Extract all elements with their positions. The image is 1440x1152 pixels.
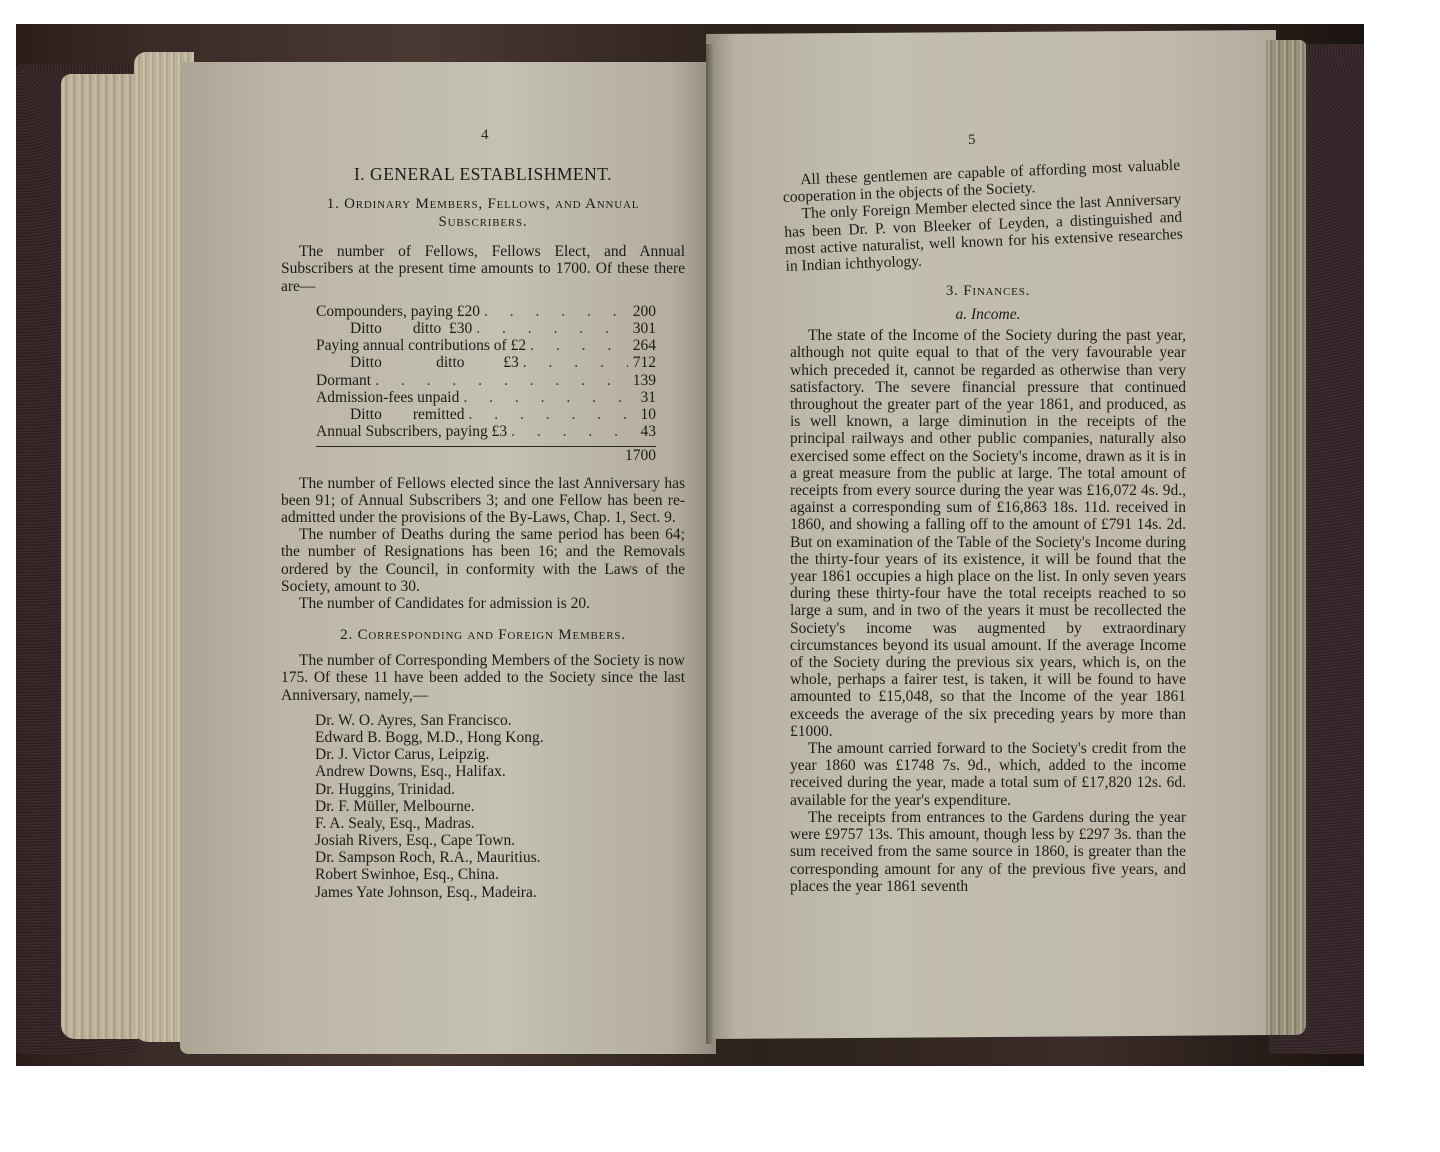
table-row: Ditto ditto £30. . . . . . . . . .301 (316, 320, 656, 337)
table-row: Annual Subscribers, paying £3. . . . . .… (316, 423, 656, 440)
page-title: I. GENERAL ESTABLISHMENT. (281, 166, 685, 183)
list-item: Dr. F. Müller, Melbourne. (315, 798, 685, 815)
list-item: Dr. J. Victor Carus, Leipzig. (315, 746, 685, 763)
candidates-paragraph: The number of Candidates for admission i… (281, 595, 685, 612)
row-label: Ditto ditto £30 (316, 320, 472, 337)
table-row: Ditto ditto £3. . . . . . . . . .712 (316, 354, 656, 371)
new-members-list: Dr. W. O. Ayres, San Francisco. Edward B… (315, 712, 685, 901)
deaths-paragraph: The number of Deaths during the same per… (281, 526, 685, 595)
section-3-heading: 3. Finances. (790, 282, 1186, 300)
list-item: Robert Swinhoe, Esq., China. (315, 866, 685, 883)
row-label: Dormant (316, 372, 371, 389)
right-page-text-top: All these gentlemen are capable of affor… (782, 157, 1184, 275)
table-row: Dormant. . . . . . . . . . . . . . . .13… (316, 372, 656, 389)
row-value: 10 (628, 406, 656, 423)
table-row: Compounders, paying £20. . . . . . . . .… (316, 303, 656, 320)
list-item: Josiah Rivers, Esq., Cape Town. (315, 832, 685, 849)
gardens-paragraph: The receipts from entrances to the Garde… (790, 809, 1186, 895)
row-value: 301 (628, 320, 656, 337)
list-item: Dr. W. O. Ayres, San Francisco. (315, 712, 685, 729)
row-value: 31 (628, 389, 656, 406)
list-item: F. A. Sealy, Esq., Madras. (315, 815, 685, 832)
list-item: Dr. Huggins, Trinidad. (315, 781, 685, 798)
section-1-heading-line1: 1. Ordinary Members, Fellows, and Annual (281, 195, 685, 213)
left-page-text: I. GENERAL ESTABLISHMENT. 1. Ordinary Me… (281, 166, 685, 901)
row-value: 200 (628, 303, 656, 320)
carried-forward-paragraph: The amount carried forward to the Societ… (790, 740, 1186, 809)
row-label: Compounders, paying £20 (316, 303, 480, 320)
membership-total: 1700 (316, 446, 656, 464)
fellows-elected-paragraph: The number of Fellows elected since the … (281, 475, 685, 527)
page-number-right: 5 (968, 132, 976, 149)
corresponding-paragraph: The number of Corresponding Members of t… (281, 652, 685, 704)
income-subheading: a. Income. (790, 306, 1186, 323)
row-label: Annual Subscribers, paying £3 (316, 423, 507, 440)
row-value: 264 (628, 337, 656, 354)
page-edges-right (1266, 40, 1306, 1035)
list-item: Edward B. Bogg, M.D., Hong Kong. (315, 729, 685, 746)
table-row: Paying annual contributions of £2. . . .… (316, 337, 656, 354)
list-item: Andrew Downs, Esq., Halifax. (315, 763, 685, 780)
list-item: James Yate Johnson, Esq., Madeira. (315, 884, 685, 901)
section-2-heading: 2. Corresponding and Foreign Members. (281, 626, 685, 644)
book-gutter (706, 44, 714, 1044)
membership-table: Compounders, paying £20. . . . . . . . .… (316, 303, 656, 441)
intro-paragraph: The number of Fellows, Fellows Elect, an… (281, 243, 685, 295)
income-paragraph: The state of the Income of the Society d… (790, 327, 1186, 740)
list-item: Dr. Sampson Roch, R.A., Mauritius. (315, 849, 685, 866)
row-label: Admission-fees unpaid (316, 389, 459, 406)
row-label: Ditto remitted (316, 406, 465, 423)
section-1-heading-line2: Subscribers. (281, 213, 685, 231)
table-row: Ditto remitted. . . . . . . . . .10 (316, 406, 656, 423)
table-row: Admission-fees unpaid. . . . . . . . . .… (316, 389, 656, 406)
page-number-left: 4 (481, 127, 489, 144)
right-page-text: 3. Finances. a. Income. The state of the… (790, 282, 1186, 895)
row-value: 712 (628, 354, 656, 371)
row-value: 43 (628, 423, 656, 440)
row-label: Ditto ditto £3 (316, 354, 519, 371)
row-value: 139 (628, 372, 656, 389)
row-label: Paying annual contributions of £2 (316, 337, 526, 354)
